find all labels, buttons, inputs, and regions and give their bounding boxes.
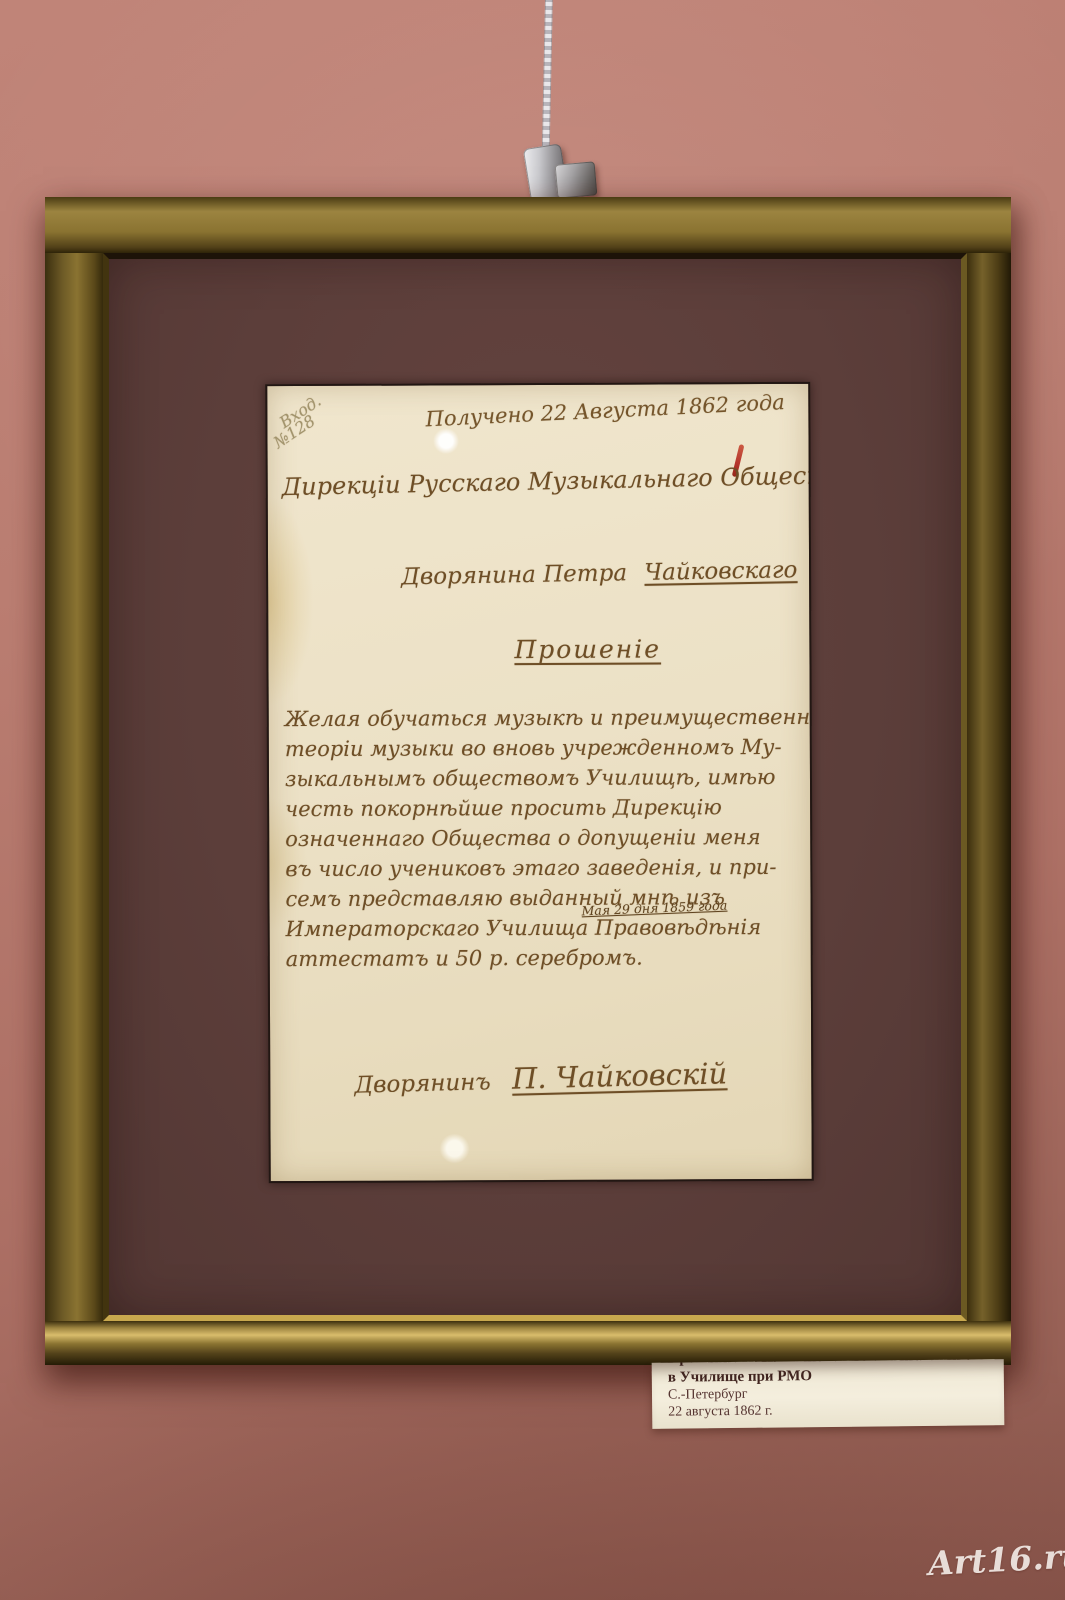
hook-clamp xyxy=(555,161,598,198)
petition-title: Прошеніе xyxy=(514,634,661,664)
petitioner-prefix: Дворянина Петра xyxy=(401,560,627,590)
received-date-line: Получено 22 Августа 1862 года xyxy=(425,390,785,431)
handwritten-line: Желая обучаться музыкѣ и преимущественно xyxy=(285,702,805,734)
handwritten-line: въ число учениковъ этаго заведенія, и пр… xyxy=(285,852,805,884)
frame-bottom-edge xyxy=(45,1321,1011,1365)
frame-top-edge xyxy=(45,197,1011,253)
handwritten-line: теоріи музыки во вновь учрежденномъ Му- xyxy=(285,732,805,764)
site-watermark: Art16.ru xyxy=(927,1536,1065,1583)
museum-photo: Вход. №128 Получено 22 Августа 1862 года… xyxy=(0,0,1065,1600)
handwritten-line: аттестатъ и 50 р. серебромъ. xyxy=(286,942,806,974)
petitioner-line: Дворянина Петра Чайковскаго xyxy=(401,557,798,590)
interlinear-insertion: Мая 29 дня 1859 года xyxy=(581,891,728,927)
manuscript-page: Вход. №128 Получено 22 Августа 1862 года… xyxy=(265,382,813,1183)
frame-left-edge xyxy=(45,197,103,1365)
handwritten-line: зыкальнымъ обществомъ Училищѣ, имѣю xyxy=(285,762,805,794)
signature-prefix: Дворянинъ xyxy=(354,1069,491,1098)
signature-line: Дворянинъ П. Чайковскій xyxy=(354,1056,728,1099)
addressee-line: Дирекціи Русскаго Музыкальнаго Общества xyxy=(281,461,813,502)
signature-name: П. Чайковскій xyxy=(512,1056,728,1095)
petitioner-surname: Чайковскаго xyxy=(644,557,798,586)
handwritten-line: означеннаго Общества о допущеніи меня xyxy=(285,822,805,854)
label-date: 22 августа 1862 г. xyxy=(668,1401,1004,1421)
handwritten-line: честь покорнѣйше просить Дирекцію xyxy=(285,792,805,824)
label-title-line2: в Училище при РМО xyxy=(668,1366,1004,1387)
exhibit-label-card: Прошение П. И. Чайковского о зачислении … xyxy=(652,1359,1005,1429)
frame-right-edge xyxy=(967,197,1011,1365)
petition-body: Мая 29 дня 1859 года Желая обучаться муз… xyxy=(285,702,806,974)
